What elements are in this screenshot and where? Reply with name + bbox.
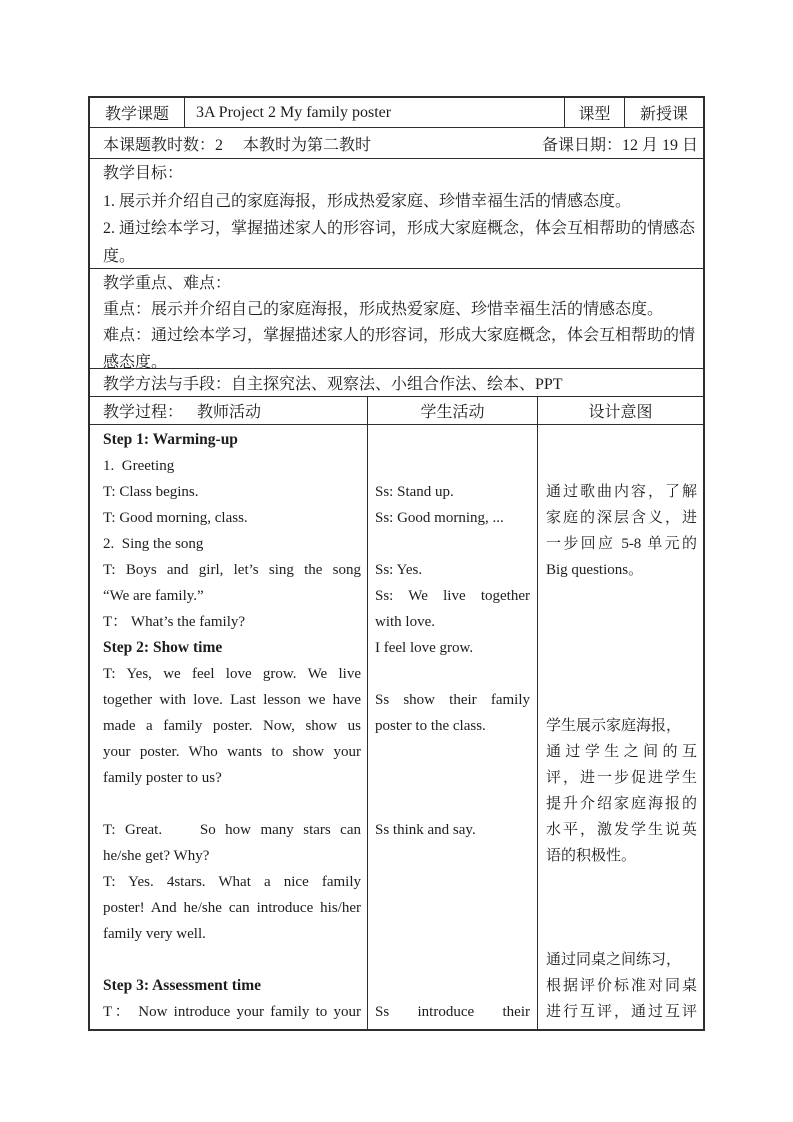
student-activity-line: Ss: We live together — [375, 583, 530, 609]
design-intent-line: 通过同桌之间练习， — [546, 947, 697, 973]
student-activity-line: I feel love grow. — [375, 635, 530, 661]
student-activity-line: Ss think and say. — [375, 817, 530, 843]
student-activity-line — [375, 531, 530, 557]
focus-line: 重点：展示并介绍自己的家庭海报，形成热爱家庭、珍惜幸福生活的情感态度。 — [103, 297, 697, 323]
design-intent-line: Big questions。 — [546, 557, 697, 583]
info-row: 本课题教时数：2 本教时为第二教时 备课日期：12 月 19 日 — [90, 128, 703, 159]
teacher-activity-line: T: Yes. 4stars. What a nice family — [103, 869, 361, 895]
teacher-activity-line: Step 1: Warming-up — [103, 427, 361, 453]
methods-text: 教学方法与手段：自主探究法、观察法、小组合作法、绘本、PPT — [103, 371, 563, 394]
design-intent-line: 提升介绍家庭海报的 — [546, 791, 697, 817]
design-intent-line — [546, 453, 697, 479]
student-activity-line: Ss: Yes. — [375, 557, 530, 583]
design-intent-line: 进行互评，通过互评 — [546, 999, 697, 1025]
design-intent-line: 水平，激发学生说英 — [546, 817, 697, 843]
design-intent-line: 一步回应 5-8 单元的 — [546, 531, 697, 557]
student-activity-line — [375, 869, 530, 895]
teacher-activity-line: T: Boys and girl, let’s sing the song — [103, 557, 361, 583]
lesson-plan-table: 教学课题 3A Project 2 My family poster 课型 新授… — [88, 96, 705, 1031]
teacher-activity-line: T: Class begins. — [103, 479, 361, 505]
prep-date-text: 备课日期：12 月 19 日 — [542, 132, 698, 155]
student-activity-label: 学生活动 — [368, 397, 538, 424]
student-activity-line: Ss: Good morning, ... — [375, 505, 530, 531]
teacher-activity-line: family poster to us? — [103, 765, 361, 791]
design-intent-line: 通过学生之间的互 — [546, 739, 697, 765]
design-intent-line — [546, 635, 697, 661]
teacher-activity-line: together with love. Last lesson we have — [103, 687, 361, 713]
teacher-activity-line: T: Good morning, class. — [103, 505, 361, 531]
design-intent-line — [546, 869, 697, 895]
teacher-activity-line: Step 2: Show time — [103, 635, 361, 661]
methods-row: 教学方法与手段：自主探究法、观察法、小组合作法、绘本、PPT — [90, 369, 703, 397]
process-header-row: 教学过程： 教师活动 学生活动 设计意图 — [90, 397, 703, 425]
student-activity-line: Ss: Stand up. — [375, 479, 530, 505]
teacher-activity-line: T： Now introduce your family to your — [103, 999, 361, 1025]
objectives-line: 度。 — [103, 243, 697, 271]
student-activity-line: Ss introduce their — [375, 999, 530, 1025]
design-intent-line: 根据评价标准对同桌 — [546, 973, 697, 999]
design-intent-line: 语的积极性。 — [546, 843, 697, 869]
design-intent-line — [546, 895, 697, 921]
student-activity-line — [375, 453, 530, 479]
objectives-section: 教学目标： 1. 展示并介绍自己的家庭海报，形成热爱家庭、珍惜幸福生活的情感态度… — [90, 159, 703, 269]
process-label: 教学过程： — [103, 399, 183, 422]
design-intent-line: 评，进一步促进学生 — [546, 765, 697, 791]
focus-line: 难点：通过绘本学习，掌握描述家人的形容词，形成大家庭概念，体会互相帮助的情 — [103, 323, 697, 349]
objectives-line: 2. 通过绘本学习，掌握描述家人的形容词，形成大家庭概念，体会互相帮助的情感态 — [103, 215, 697, 243]
student-activity-line — [375, 895, 530, 921]
meta-row: 教学课题 3A Project 2 My family poster 课型 新授… — [90, 98, 703, 128]
lesson-type-label: 课型 — [565, 98, 625, 127]
design-intent-column: 通过歌曲内容，了解家庭的深层含义，进一步回应 5-8 单元的Big questi… — [538, 425, 703, 1029]
student-activity-line — [375, 973, 530, 999]
design-intent-line — [546, 609, 697, 635]
design-intent-line: 通过歌曲内容，了解 — [546, 479, 697, 505]
student-activity-line — [375, 427, 530, 453]
teacher-activity-line: 1. Greeting — [103, 453, 361, 479]
student-activity-line: poster to the class. — [375, 713, 530, 739]
design-intent-line: 学生展示家庭海报， — [546, 713, 697, 739]
student-activity-line: with love. — [375, 609, 530, 635]
design-intent-line — [546, 921, 697, 947]
teacher-activity-line — [103, 947, 361, 973]
teacher-activity-line: he/she get? Why? — [103, 843, 361, 869]
teacher-activity-column: Step 1: Warming-up1. GreetingT: Class be… — [90, 425, 368, 1029]
student-activity-line — [375, 791, 530, 817]
lesson-plan-page: 教学课题 3A Project 2 My family poster 课型 新授… — [0, 0, 793, 1122]
teacher-activity-line: T： What’s the family? — [103, 609, 361, 635]
design-intent-line: 家庭的深层含义，进 — [546, 505, 697, 531]
student-activity-line — [375, 739, 530, 765]
teacher-activity-line: T: Yes, we feel love grow. We live — [103, 661, 361, 687]
design-intent-line — [546, 687, 697, 713]
student-activity-line — [375, 843, 530, 869]
teacher-activity-label: 教师活动 — [197, 399, 261, 422]
student-activity-line — [375, 921, 530, 947]
design-intent-line — [546, 583, 697, 609]
lesson-type-value: 新授课 — [625, 98, 703, 127]
design-intent-line — [546, 661, 697, 687]
teacher-activity-line: your poster. Who wants to show your — [103, 739, 361, 765]
student-activity-line: Ss show their family — [375, 687, 530, 713]
design-intent-label: 设计意图 — [538, 397, 703, 424]
teacher-activity-line — [103, 791, 361, 817]
student-activity-column: Ss: Stand up.Ss: Good morning, ... Ss: Y… — [368, 425, 538, 1029]
subject-title: 3A Project 2 My family poster — [185, 98, 565, 127]
teacher-activity-line: poster! And he/she can introduce his/her — [103, 895, 361, 921]
periods-text: 本课题教时数：2 本教时为第二教时 — [103, 132, 371, 155]
teacher-activity-line: 2. Sing the song — [103, 531, 361, 557]
teacher-activity-line: made a family poster. Now, show us — [103, 713, 361, 739]
teacher-activity-line: Step 3: Assessment time — [103, 973, 361, 999]
student-activity-line — [375, 765, 530, 791]
objectives-title: 教学目标： — [103, 160, 697, 188]
student-activity-line — [375, 661, 530, 687]
design-intent-line — [546, 427, 697, 453]
focus-section: 教学重点、难点： 重点：展示并介绍自己的家庭海报，形成热爱家庭、珍惜幸福生活的情… — [90, 269, 703, 369]
subject-label: 教学课题 — [90, 98, 185, 127]
process-header-left: 教学过程： 教师活动 — [90, 397, 368, 424]
teacher-activity-line: T: Great. So how many stars can — [103, 817, 361, 843]
teacher-activity-line: “We are family.” — [103, 583, 361, 609]
student-activity-line — [375, 947, 530, 973]
teacher-activity-line: family very well. — [103, 921, 361, 947]
focus-title: 教学重点、难点： — [103, 271, 697, 297]
process-body-row: Step 1: Warming-up1. GreetingT: Class be… — [90, 425, 703, 1029]
objectives-line: 1. 展示并介绍自己的家庭海报，形成热爱家庭、珍惜幸福生活的情感态度。 — [103, 188, 697, 216]
